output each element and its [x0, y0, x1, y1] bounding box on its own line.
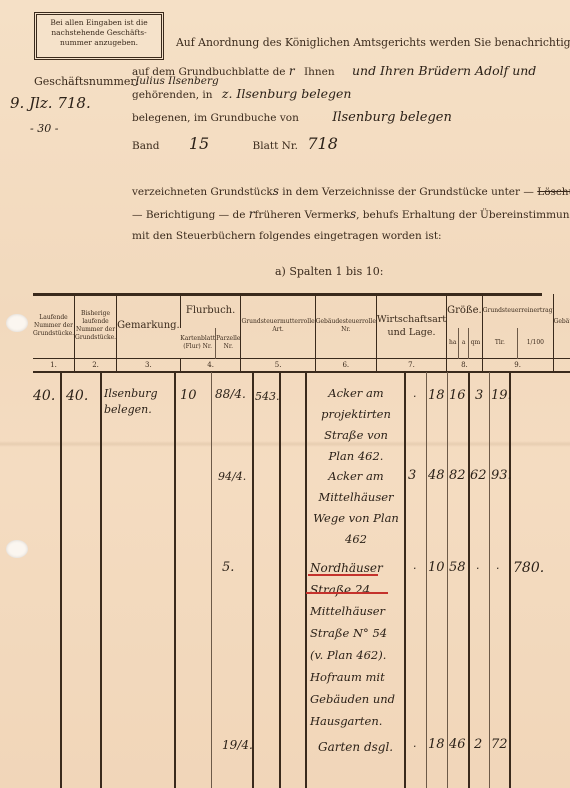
rule [60, 372, 62, 788]
header-c9a: Tlr. [482, 328, 517, 358]
row4-tlr: 2 [474, 737, 482, 752]
punch-hole-top [6, 314, 28, 332]
body-line-4: belegenen, im Grundbuche von Ilsenburg b… [132, 110, 452, 125]
row1-gemarkung: Ilsenburg belegen. [104, 386, 170, 418]
reference-number: 9. Jlz. 718. [10, 94, 91, 112]
row2-a: 48 [428, 468, 445, 483]
reference-label: Geschäftsnummer: [34, 75, 139, 88]
row2-tlr: 62 [470, 468, 487, 483]
line3-prefix: gehörenden, in [132, 89, 213, 101]
body-line-7: — Berichtigung — de rfrüheren Vermerks, … [132, 207, 570, 221]
header-c10: Gebäudesteuernutzungswert. Mark [553, 294, 570, 358]
header-c6: Gebäudesteuerrolle Nr. [315, 294, 376, 358]
header-c10-label: Gebäudesteuernutzungswert. [554, 318, 570, 326]
line2-hand: und Ihren Brüdern Adolf und [352, 63, 536, 78]
row1-karte: 10 [180, 388, 197, 403]
row4-wirtschaft: Garten dsgl. [318, 735, 398, 759]
line7-c: , behufs Erhaltung der Übereinstimmung [356, 209, 570, 221]
row1-bisherig: 40. [66, 388, 88, 404]
header-c2: Bisherige laufende Nummer der Grundstück… [75, 294, 117, 358]
row3-parzelle: 5. [222, 560, 234, 575]
header-c8a: ha [447, 328, 459, 358]
row1-lfd: 40. [33, 388, 55, 404]
line4-hand: Ilsenburg belegen [332, 110, 452, 125]
line4-prefix: belegenen, im Grundbuche von [132, 112, 299, 124]
row1-ha: · [413, 390, 417, 403]
header-c4b: Parzelle Nr. [216, 328, 241, 358]
band-line: Band 15 Blatt Nr. 718 [132, 134, 338, 153]
rule [509, 372, 511, 788]
row1-cent: 19. [491, 388, 512, 403]
punch-hole-bottom [6, 540, 28, 558]
colnum-6: 6. [315, 358, 376, 372]
colnum-3: 3. [117, 358, 181, 372]
header-c8b: a [459, 328, 469, 358]
line6-strike: Löschung [537, 186, 570, 198]
header-c4a: Kartenblatt (Flur) Nr. [180, 328, 215, 358]
header-c7: Wirtschaftsart und Lage. [376, 294, 446, 358]
header-c10-unit: Mark [554, 326, 570, 334]
line6-b: in dem Verzeichnisse der Grundstücke unt… [282, 186, 534, 198]
colnum-4: 4. [180, 358, 241, 372]
header-c9b: 1/100 [518, 328, 553, 358]
fold-crease [0, 441, 570, 447]
band-value: 15 [189, 134, 209, 153]
line7-a: — Berichtigung — de [132, 209, 245, 221]
rule [489, 372, 490, 788]
row2-qm: 82 [449, 468, 466, 483]
band-label: Band [132, 140, 159, 152]
header-c3: Gemarkung. [117, 294, 181, 358]
row1-mutterrolle: 543. [255, 390, 280, 403]
line6-a: verzeichneten Grundstück [132, 186, 273, 198]
colnum-8: 8. [447, 358, 483, 372]
body-line-6: verzeichneten Grundstücks in dem Verzeic… [132, 184, 570, 198]
row1-wirtschaft: Acker am projektirten Straße von Plan 46… [312, 383, 400, 467]
row1-parzelle: 88/4. [215, 387, 246, 401]
body-line-1: Auf Anordnung des Königlichen Amtsgerich… [176, 36, 570, 49]
body-line-8: mit den Steuerbüchern folgendes eingetra… [132, 230, 442, 242]
row1-tlr: 3 [475, 388, 483, 403]
column-number-row: 1. 2. 3. 4. 5. 6. 7. 8. 9. 10. [33, 358, 570, 372]
colnum-10: 10. [553, 358, 570, 372]
line7-b: früheren Vermerk [255, 209, 350, 221]
notice-line-3: nummer anzugeben. [41, 38, 157, 48]
rule [426, 372, 427, 788]
rule [279, 372, 281, 788]
row4-parzelle: 19/4. [222, 738, 253, 752]
row1-a: 18 [428, 388, 445, 403]
row3-wirtschaft-note: Mittelhäuser Straße N° 54 (v. Plan 462).… [310, 600, 400, 732]
reference-sub: - 30 - [30, 122, 58, 135]
row4-a: 18 [428, 737, 445, 752]
rule [211, 372, 212, 788]
row4-qm: 46 [449, 737, 466, 752]
header-c9: Grundsteuerreinertrag [482, 294, 553, 328]
row3-a: 10 [428, 560, 445, 575]
rule [100, 372, 102, 788]
header-c8c: qm [469, 328, 483, 358]
blatt-value: 718 [307, 134, 338, 153]
rule [174, 372, 176, 788]
notice-box: Bei allen Eingaben ist die nachstehende … [34, 12, 164, 60]
row2-ha: 3 [408, 468, 416, 483]
notice-line-1: Bei allen Eingaben ist die [41, 18, 157, 28]
row3-ha: · [413, 562, 417, 575]
colnum-1: 1. [33, 358, 75, 372]
line3-hand-place: z. Ilsenburg belegen [222, 86, 352, 101]
rule [252, 372, 254, 788]
row4-cent: 72 [491, 737, 508, 752]
colnum-2: 2. [75, 358, 117, 372]
rule [305, 372, 307, 788]
blatt-label: Blatt Nr. [253, 140, 299, 152]
line6-hand: s [273, 184, 279, 198]
rule [447, 372, 448, 788]
line2-mid: Ihnen [304, 66, 335, 78]
row4-ha: · [413, 740, 417, 753]
row3-cent: · [496, 562, 500, 575]
row3-qm: 58 [449, 560, 466, 575]
notice-line-2: nachstehende Geschäfts- [41, 28, 157, 38]
row3-mark: 780. [513, 560, 544, 576]
colnum-7: 7. [376, 358, 446, 372]
row3-wirtschaft: Nordhäuser Straße 24. [310, 557, 400, 601]
rule [404, 372, 406, 788]
section-title: a) Spalten 1 bis 10: [275, 265, 383, 278]
row2-parzelle: 94/4. [218, 470, 246, 483]
row3-tlr: · [476, 562, 480, 575]
body-line-3: gehörenden, in z. Ilsenburg belegen [132, 86, 351, 101]
red-underline-2 [306, 592, 388, 594]
row2-cent: 93. [491, 468, 512, 483]
row1-qm: 16 [449, 388, 466, 403]
colnum-5: 5. [241, 358, 315, 372]
rule [468, 372, 470, 788]
header-c4: Flurbuch. [180, 294, 241, 328]
land-register-table: Laufende Nummer der Grundstücke. Bisheri… [33, 294, 570, 373]
header-c1: Laufende Nummer der Grundstücke. [33, 294, 75, 358]
header-c5: Grundsteuermutterrolle Art. [241, 294, 315, 358]
line2-hand-de: r [289, 64, 295, 78]
row2-wirtschaft: Acker am Mittelhäuser Wege von Plan 462 [312, 466, 400, 550]
colnum-9: 9. [482, 358, 553, 372]
red-underline-1 [308, 574, 378, 576]
header-c8: Größe. [447, 294, 483, 328]
